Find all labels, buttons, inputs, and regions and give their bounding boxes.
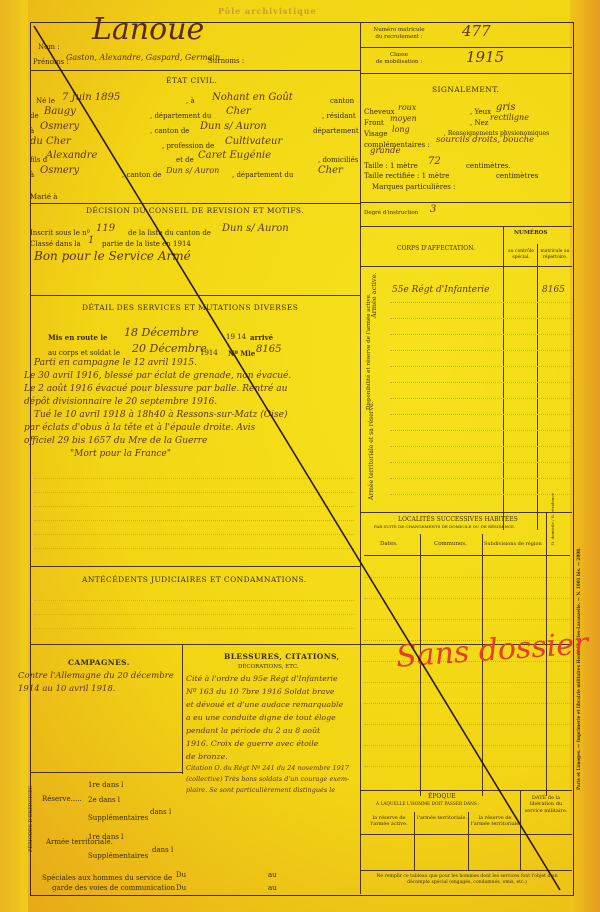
- ruled-line: [34, 548, 354, 549]
- matricule-entry: 8165: [542, 285, 565, 295]
- page-right-edge: [570, 0, 600, 912]
- col-communes: Communes.: [434, 541, 467, 548]
- citation-line: pendant la période du 2 au 8 août: [186, 724, 366, 737]
- ruled-line: [390, 366, 570, 367]
- reserve-label: Réserve.....: [42, 795, 82, 803]
- ruled-line: [34, 506, 354, 507]
- ruled-line: [34, 534, 354, 535]
- a-label: , à: [186, 97, 195, 105]
- divider: [364, 555, 570, 556]
- ruled-line: [390, 462, 570, 463]
- departement2-label: département: [313, 127, 359, 135]
- mis-en-route-value: 18 Décembre: [124, 326, 199, 339]
- epoque-col-reserve-territoriale: la réserve de l'armée territoriale: [470, 815, 520, 828]
- year1: 19 14: [226, 333, 246, 341]
- ruled-line: [364, 598, 570, 599]
- de-value: Baugy: [44, 106, 76, 117]
- degre-value: 3: [430, 204, 436, 215]
- numero-value: 477: [462, 22, 491, 40]
- citation-line: plaire. Se sont particulièrement disting…: [186, 785, 366, 796]
- divider: [30, 70, 360, 71]
- archive-stamp: Pôle archivistique: [218, 6, 317, 16]
- divider: [182, 644, 183, 774]
- au-label-2: au: [268, 884, 277, 892]
- antecedents-title: ANTÉCÉDENTS JUDICIAIRES ET CONDAMNATIONS…: [82, 575, 307, 584]
- classe-dans-value: 1: [88, 235, 94, 246]
- reserve-1re-label: 1re dans l: [88, 781, 123, 789]
- ruled-line: [364, 577, 570, 578]
- inscrit-label: Inscrit sous le nº: [30, 229, 90, 237]
- ruled-line: [390, 430, 570, 431]
- ne-le-label: Né le: [36, 97, 55, 105]
- service-line: "Mort pour la France": [70, 448, 410, 461]
- ruled-line: [364, 745, 570, 746]
- yeux-label: , Yeux: [470, 108, 491, 116]
- partie-label: partie de la liste en 1914: [102, 240, 191, 248]
- nez-value: rectiligne: [490, 113, 529, 122]
- corps-value: 20 Décembre: [132, 342, 207, 355]
- divider: [360, 73, 572, 74]
- ruled-line: [390, 382, 570, 383]
- visage-value: long: [392, 125, 410, 134]
- surnoms-label: Surnoms :: [208, 57, 244, 65]
- signalement-title: SIGNALEMENT.: [432, 85, 499, 94]
- service-line: dépôt divisionnaire le 20 septembre 1916…: [24, 396, 364, 409]
- ruled-line: [34, 478, 354, 479]
- col-dates: Dates.: [380, 541, 398, 548]
- mere-value: Caret Eugénie: [198, 150, 271, 161]
- nom-label: Nom :: [38, 43, 60, 51]
- ruled-line: [390, 446, 570, 447]
- residant-value: Osmery: [40, 121, 79, 132]
- epoque-subtitle: À LAQUELLE L'HOMME DOIT PASSER DANS :: [376, 802, 480, 807]
- arrive-label: arrivé: [250, 333, 273, 342]
- epoque-col-territoriale: l'armée territoriale.: [416, 815, 468, 821]
- domicilies-label: , domiciliés: [318, 156, 358, 164]
- du-label-2: Du: [176, 884, 186, 892]
- ruled-line: [34, 492, 354, 493]
- classe-dans-label: Classé dans la: [30, 240, 81, 248]
- ruled-line: [364, 766, 570, 767]
- ruled-line: [390, 302, 570, 303]
- citation-line: Nº 163 du 10 7bre 1916 Soldat brave: [186, 685, 366, 698]
- du-label-1: Du: [176, 871, 186, 879]
- ne-le-value: 7 Juin 1895: [62, 92, 120, 103]
- exercices-side-label: PÉRIODES D'EXERCICES: [28, 786, 34, 852]
- ruled-line: [390, 494, 570, 495]
- degre-label: Degré d'instruction: [364, 210, 418, 216]
- citation-line: Citation O. du Régt Nº 241 du 24 novembr…: [186, 763, 366, 774]
- reserve-supp-label: Supplémentaires: [88, 814, 148, 822]
- citation-line: (collective) Très bons soldats d'un cour…: [186, 774, 366, 785]
- divider: [360, 512, 572, 513]
- departement3-label: , département du: [232, 171, 293, 179]
- mis-en-route-label: Mis en route le: [48, 333, 107, 342]
- reserve-2e-label: 2e dans l: [88, 796, 120, 804]
- etat-civil-title: ÉTAT CIVIL.: [166, 76, 217, 85]
- localites-subtitle: PAR SUITE DE CHANGEMENTS DE DOMICILE OU …: [374, 524, 515, 529]
- departement-label: , département du: [150, 112, 211, 120]
- taille-rectifiee-label: Taille rectifiée : 1 mètre: [364, 172, 449, 180]
- citation-line: Cité à l'ordre du 95e Régt d'Infanterie: [186, 672, 366, 685]
- ruled-line: [390, 478, 570, 479]
- classe-label-1: Classe: [390, 52, 408, 58]
- divider: [30, 772, 182, 773]
- ruled-line: [34, 600, 354, 601]
- column-divider: [360, 22, 361, 642]
- printer-imprint: Paris et Limoges. — Imprimerie et librai…: [576, 547, 581, 790]
- departement3-value: Cher: [318, 165, 343, 176]
- fils-label: fils d: [30, 156, 47, 164]
- divider: [503, 226, 504, 530]
- nez-label: , Nez: [470, 119, 488, 127]
- complementaires-value: sourcils droits, bouche: [436, 135, 534, 145]
- territoriale-dans-label: dans l: [152, 846, 173, 854]
- service-line: Tué le 10 avril 1918 à 18h40 à Ressons-s…: [34, 409, 374, 422]
- et-de-label: et de: [176, 156, 194, 164]
- divider: [360, 790, 572, 791]
- citation-line: a eu une conduite digne de tout éloge: [186, 711, 366, 724]
- taille-value: 72: [428, 156, 441, 167]
- numeros-title: NUMÉROS: [514, 230, 547, 237]
- taille-label: Taille : 1 mètre: [364, 162, 418, 170]
- divider: [360, 834, 572, 835]
- numero-label-1: Numéro matricule: [373, 27, 424, 33]
- service-line: Le 2 août 1916 évacué pour blessure par …: [24, 383, 364, 396]
- complementaires-value2: grande: [370, 146, 401, 156]
- services-title: DÉTAIL DES SERVICES ET MUTATIONS DIVERSE…: [82, 303, 298, 312]
- ruled-line: [390, 398, 570, 399]
- citation-line: de bronze.: [186, 750, 366, 763]
- corps-title: CORPS D'AFFECTATION.: [397, 245, 475, 253]
- prenoms-value: Gaston, Alexandre, Gaspard, Germain: [66, 53, 220, 62]
- blessures-subtitle: DÉCORATIONS, ETC.: [238, 664, 299, 671]
- front-label: Front: [364, 119, 384, 127]
- reserve-dans-label: dans l: [150, 808, 171, 816]
- blessures-lines: Cité à l'ordre du 95e Régt d'Infanterie …: [186, 672, 366, 796]
- profession-value: Cultivateur: [225, 136, 282, 147]
- speciales-label-1: Spéciales aux hommes du service de: [42, 874, 172, 882]
- ruled-line: [390, 350, 570, 351]
- prenoms-label: Prénoms :: [33, 58, 69, 66]
- col-matricule: matricule au répertoire.: [538, 249, 572, 260]
- de-label: de: [30, 112, 39, 120]
- numero-label: Numéro matriculedu recrutement :: [364, 27, 434, 41]
- epoque-title: ÉPOQUE: [428, 793, 456, 801]
- ruled-line: [390, 334, 570, 335]
- liste-label: de la liste du canton de: [128, 229, 211, 237]
- nom-value: Lanoue: [92, 12, 204, 47]
- service-line: par éclats d'obus à la tête et à l'épaul…: [24, 422, 364, 435]
- ruled-line: [390, 414, 570, 415]
- services-lines: Parti en campagne le 12 avril 1915. Le 3…: [20, 357, 360, 461]
- residant-a-label: à: [30, 127, 34, 135]
- classe-label: Classede mobilisation :: [364, 52, 434, 66]
- campagnes-title: CAMPAGNES.: [68, 658, 130, 667]
- decision-motif: Bon pour le Service Armé: [34, 249, 191, 263]
- canton3-value: Dun s/ Auron: [166, 166, 219, 175]
- military-register-page: Pôle archivistique Lanoue Nom : Prénoms …: [0, 0, 600, 912]
- marie-label: Marié à: [30, 193, 57, 201]
- ruled-line: [34, 614, 354, 615]
- corps-label: au corps et soldat le: [48, 349, 120, 357]
- divider: [360, 202, 572, 203]
- speciales-label-2: garde des voies de communication: [52, 884, 175, 892]
- centimetres2-label: centimètres: [496, 172, 538, 180]
- ruled-line: [390, 318, 570, 319]
- year2: 1914: [200, 349, 218, 357]
- classe-value: 1915: [466, 48, 504, 66]
- divider: [30, 295, 360, 296]
- liste-value: Dun s/ Auron: [222, 223, 289, 234]
- corps-entry: 55e Régt d'Infanterie: [392, 285, 490, 295]
- pere-value: Alexandre: [46, 150, 97, 161]
- blessures-title: BLESSURES, CITATIONS,: [224, 652, 340, 661]
- divider: [468, 812, 469, 870]
- ruled-line: [364, 619, 570, 620]
- divider: [360, 870, 572, 871]
- territoriale-1re-label: 1re dans l: [88, 833, 123, 841]
- ruled-line: [34, 628, 354, 629]
- numero-label-2: du recrutement :: [375, 34, 422, 40]
- disponibilite-label: Disponibilité et réserve de l'armée acti…: [366, 293, 372, 410]
- canton2-value: Dun s/ Auron: [200, 121, 267, 132]
- campagne-line: Contre l'Allemagne du 20 décembre: [18, 671, 174, 681]
- divider: [30, 203, 360, 204]
- divider: [30, 566, 360, 567]
- localites-title: LOCALITÉS SUCCESSIVES HABITÉES: [398, 516, 518, 524]
- divider: [537, 244, 538, 530]
- inscrit-value: 119: [96, 223, 115, 234]
- service-line: Le 30 avril 1916, blessé par éclat de gr…: [24, 370, 364, 383]
- ruled-line: [364, 682, 570, 683]
- residant-label: , résidant: [322, 112, 356, 120]
- au-label-1: au: [268, 871, 277, 879]
- divider: [520, 790, 521, 870]
- front-value: moyen: [390, 114, 417, 123]
- service-line: Parti en campagne le 12 avril 1915.: [34, 357, 374, 370]
- departement-value: Cher: [226, 106, 251, 117]
- ruled-line: [364, 724, 570, 725]
- decision-title: DÉCISION DU CONSEIL DE REVISION ET MOTIF…: [86, 206, 304, 215]
- marques-label: Marques particulières :: [372, 183, 455, 191]
- ruled-line: [364, 703, 570, 704]
- epoque-note: Ne remplir ce tableau que pour les homme…: [366, 874, 568, 885]
- date-liberation-title: DATE de la libération du service militai…: [522, 795, 570, 814]
- profession-label: , profession de: [162, 142, 214, 150]
- col-domicile: D. domicile / R. résidence: [550, 493, 555, 545]
- yeux-value: gris: [496, 102, 516, 113]
- canton-label: canton: [330, 97, 354, 105]
- epoque-col-reserve: la réserve de l'armée active.: [364, 815, 414, 828]
- mle-value: 8165: [256, 344, 281, 355]
- territoriale-corps-label: Armée territoriale et sa réserve.: [368, 402, 375, 500]
- canton2-label: , canton de: [150, 127, 189, 135]
- territoriale-supp-label: Supplémentaires: [88, 852, 148, 860]
- centimetres-label: centimètres.: [466, 162, 511, 170]
- citation-line: et dévoué et d'une audace remarquable: [186, 698, 366, 711]
- campagne-line: 1914 au 10 avril 1918.: [18, 684, 116, 694]
- dom-a-label: à: [30, 171, 34, 179]
- a-value: Nohant en Goût: [212, 92, 293, 103]
- citation-line: 1916. Croix de guerre avec étoile: [186, 737, 366, 750]
- service-line: officiel 29 bis 1657 du Mre de la Guerre: [24, 435, 364, 448]
- col-controle: au contrôle spécial.: [505, 249, 537, 260]
- divider: [414, 812, 415, 870]
- canton3-label: , canton de: [122, 171, 161, 179]
- departement2-value: du Cher: [30, 136, 71, 147]
- divider: [360, 226, 572, 227]
- cheveux-value: roux: [398, 103, 416, 112]
- col-subdivisions: Subdivisions de région: [484, 541, 542, 547]
- classe-label-2: de mobilisation :: [376, 59, 422, 65]
- visage-label: Visage: [364, 130, 388, 138]
- dom-value: Osmery: [40, 165, 79, 176]
- divider: [360, 266, 572, 267]
- ruled-line: [34, 520, 354, 521]
